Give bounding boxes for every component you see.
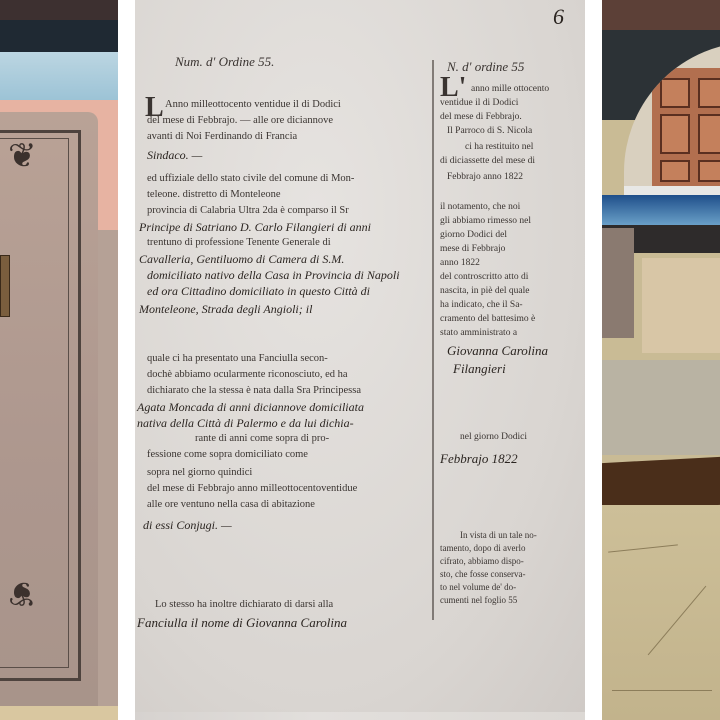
doc-line: ed ora Cittadino domiciliato in questo C… bbox=[147, 284, 370, 298]
doc-line: cramento del battesimo è bbox=[440, 312, 535, 326]
door-panel bbox=[660, 114, 690, 154]
doc-line: gli abbiamo rimesso nel bbox=[440, 214, 531, 228]
doc-line: Principe di Satriano D. Carlo Filangieri… bbox=[139, 220, 371, 234]
doc-line: fessione come sopra domiciliato come bbox=[147, 448, 308, 462]
doc-line: ci ha restituito nel bbox=[465, 140, 533, 154]
doc-line: Lo stesso ha inoltre dichiarato di darsi… bbox=[155, 598, 333, 612]
doc-line: Cavalleria, Gentiluomo di Camera di S.M. bbox=[139, 252, 344, 266]
baptism-name-line: Fanciulla il nome di Giovanna Carolina bbox=[137, 616, 347, 630]
doc-line: provincia di Calabria Ultra 2da è compar… bbox=[147, 204, 349, 218]
table-edge bbox=[0, 706, 118, 720]
doc-line: quale ci ha presentato una Fanciulla sec… bbox=[147, 352, 328, 366]
doc-line: giorno Dodici del bbox=[440, 228, 507, 242]
stone-block bbox=[602, 228, 634, 338]
doc-line: cifrato, abbiamo dispo- bbox=[440, 554, 524, 568]
baptized-surname: Filangieri bbox=[453, 362, 506, 376]
wooden-door bbox=[652, 68, 720, 186]
doc-line: nascita, in piè del quale bbox=[440, 284, 529, 298]
blue-display-edge bbox=[602, 195, 720, 225]
doc-line: tamento, dopo di averlo bbox=[440, 541, 525, 555]
arch-brick-edge bbox=[602, 0, 720, 30]
doc-line: sopra nel giorno quindici bbox=[147, 466, 252, 480]
door-panel bbox=[698, 114, 720, 154]
paper-sheet bbox=[642, 258, 720, 353]
doc-line: dochè abbiamo ocularmente riconosciuto, … bbox=[147, 368, 348, 382]
book-clasp bbox=[0, 255, 10, 317]
background-dark-band bbox=[0, 20, 118, 52]
doc-line: dichiarato che la stessa è nata dalla Sr… bbox=[147, 384, 361, 398]
doc-line: mese di Febbrajo bbox=[440, 242, 505, 256]
pencil-line bbox=[612, 690, 712, 691]
doc-line: nativa della Città di Palermo e da lui d… bbox=[137, 416, 354, 430]
doc-line: di essi Conjugi. — bbox=[143, 518, 232, 532]
doc-line: nel giorno Dodici bbox=[460, 430, 527, 444]
doc-line: cumenti nel foglio 55 bbox=[440, 593, 517, 607]
doc-line: del mese di Febbrajo. bbox=[440, 110, 522, 124]
door-panel bbox=[660, 160, 690, 182]
doc-line: Febbrajo 1822 bbox=[440, 452, 518, 466]
doc-line: del mese di Febbrajo anno milleottocento… bbox=[147, 482, 357, 496]
doc-line: Febbrajo anno 1822 bbox=[447, 170, 523, 184]
left-order-number: Num. d' Ordine 55. bbox=[175, 55, 274, 69]
doc-line: to nel volume de' do- bbox=[440, 580, 516, 594]
display-glass bbox=[602, 360, 720, 455]
doc-line: del controscritto atto di bbox=[440, 270, 528, 284]
corner-mark: 6 bbox=[553, 10, 564, 24]
doc-line: Il Parroco di S. Nicola bbox=[447, 124, 532, 138]
doc-line: sto, che fosse conserva- bbox=[440, 567, 525, 581]
door-panel bbox=[660, 78, 690, 108]
doc-line: stato amministrato a bbox=[440, 326, 517, 340]
doc-line: Agata Moncada di anni diciannove domicil… bbox=[137, 400, 364, 414]
doc-line: In vista di un tale no- bbox=[460, 528, 537, 542]
doc-line: il notamento, che noi bbox=[440, 200, 520, 214]
doc-line: anno mille ottocento bbox=[471, 82, 549, 96]
doc-line: del mese di Febbrajo. — alle ore diciann… bbox=[147, 114, 333, 128]
doc-line: ed uffiziale dello stato civile del comu… bbox=[147, 172, 354, 186]
doc-line: teleone. distretto di Monteleone bbox=[147, 188, 281, 202]
doc-line: ventidue il di Dodici bbox=[440, 96, 518, 110]
center-photo-birth-record: Num. d' Ordine 55. L Anno milleottocento… bbox=[135, 0, 585, 720]
background-wall bbox=[0, 0, 118, 20]
column-divider bbox=[432, 60, 434, 620]
baptized-name: Giovanna Carolina bbox=[447, 344, 548, 358]
doc-line: ha indicato, che il Sa- bbox=[440, 298, 523, 312]
door-panel bbox=[698, 160, 720, 182]
doc-line: Monteleone, Strada degli Angioli; il bbox=[139, 302, 312, 316]
left-photo-book-cover: ❦ ❦ bbox=[0, 0, 118, 720]
background-window-light bbox=[0, 52, 118, 100]
right-photo-window-and-papers bbox=[602, 0, 720, 720]
doc-line: trentuno di professione Tenente Generale… bbox=[147, 236, 331, 250]
doc-line: Sindaco. — bbox=[147, 148, 202, 162]
door-panel bbox=[698, 78, 720, 108]
old-paper-document bbox=[602, 505, 720, 720]
wood-band bbox=[602, 457, 720, 511]
doc-line: anno 1822 bbox=[440, 256, 480, 270]
doc-line: avanti di Noi Ferdinando di Francia bbox=[147, 130, 297, 144]
doc-line: alle ore ventuno nella casa di abitazion… bbox=[147, 498, 315, 512]
corner-ornament-top-icon: ❦ bbox=[8, 140, 37, 174]
doc-line: Anno milleottocento ventidue il di Dodic… bbox=[165, 98, 341, 112]
doc-line: domiciliato nativo della Casa in Provinc… bbox=[147, 268, 400, 282]
doc-line: rante di anni come sopra di pro- bbox=[195, 432, 329, 446]
corner-ornament-bottom-icon: ❦ bbox=[8, 575, 37, 609]
doc-line: di diciassette del mese di bbox=[440, 154, 535, 168]
